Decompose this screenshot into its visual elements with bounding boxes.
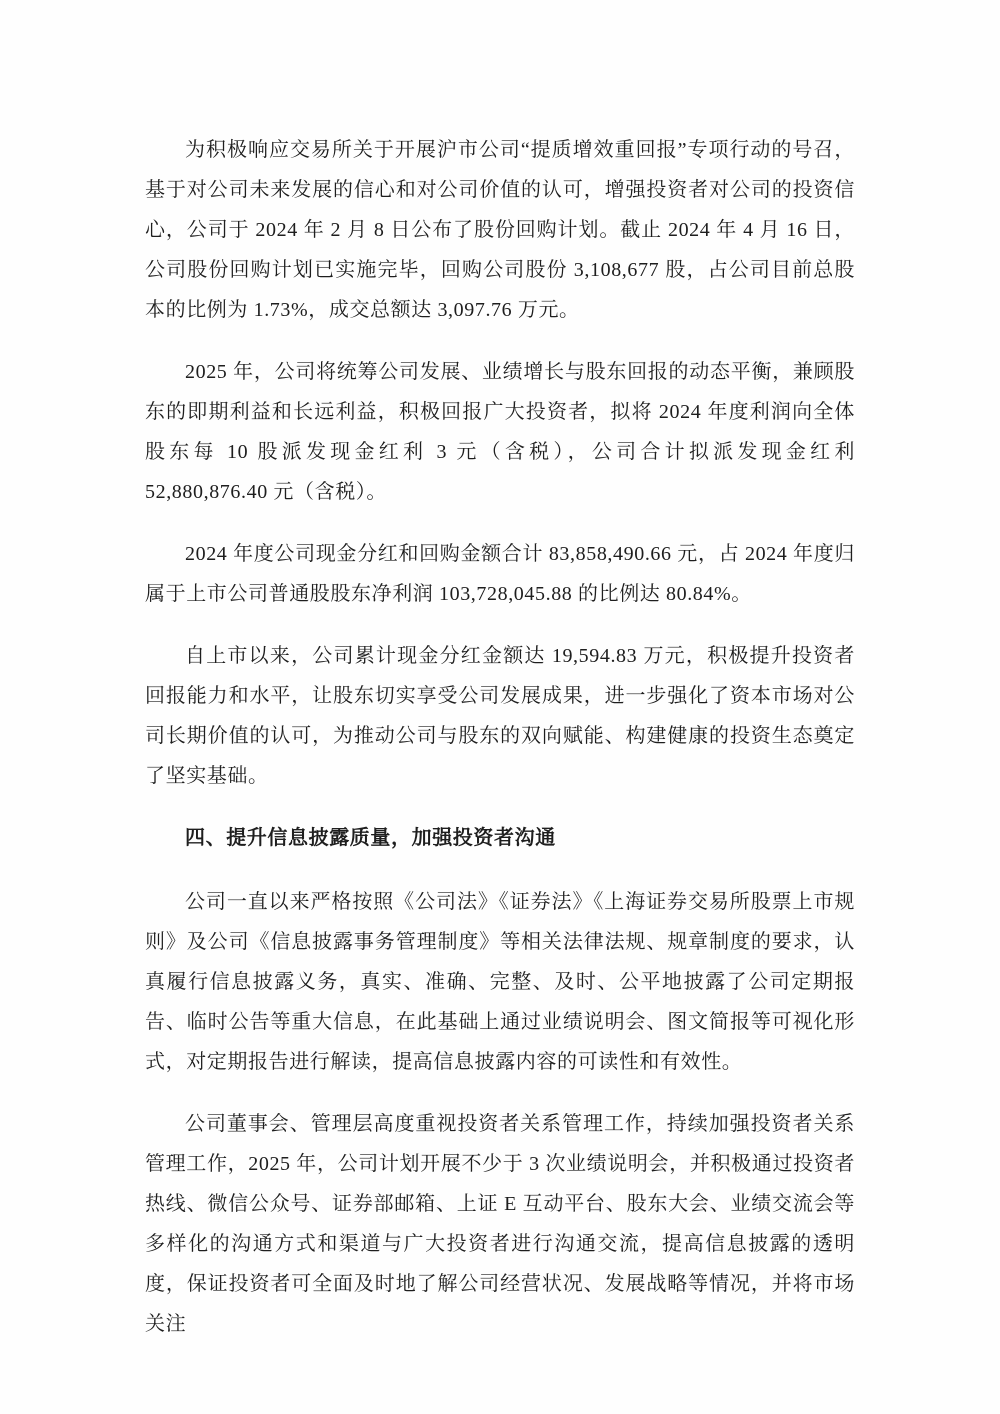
paragraph-disclosure-compliance: 公司一直以来严格按照《公司法》《证券法》《上海证券交易所股票上市规则》及公司《信… bbox=[145, 882, 855, 1082]
section-heading-disclosure-quality: 四、提升信息披露质量，加强投资者沟通 bbox=[145, 818, 855, 858]
paragraph-2025-dividend-plan: 2025 年，公司将统筹公司发展、业绩增长与股东回报的动态平衡，兼顾股东的即期利… bbox=[145, 352, 855, 512]
document-page: 为积极响应交易所关于开展沪市公司“提质增效重回报”专项行动的号召，基于对公司未来… bbox=[0, 0, 1000, 1414]
paragraph-cumulative-dividends: 自上市以来，公司累计现金分红金额达 19,594.83 万元，积极提升投资者回报… bbox=[145, 636, 855, 796]
paragraph-investor-relations: 公司董事会、管理层高度重视投资者关系管理工作，持续加强投资者关系管理工作，202… bbox=[145, 1104, 855, 1344]
paragraph-share-buyback-summary: 为积极响应交易所关于开展沪市公司“提质增效重回报”专项行动的号召，基于对公司未来… bbox=[145, 130, 855, 330]
paragraph-2024-payout-ratio: 2024 年度公司现金分红和回购金额合计 83,858,490.66 元，占 2… bbox=[145, 534, 855, 614]
